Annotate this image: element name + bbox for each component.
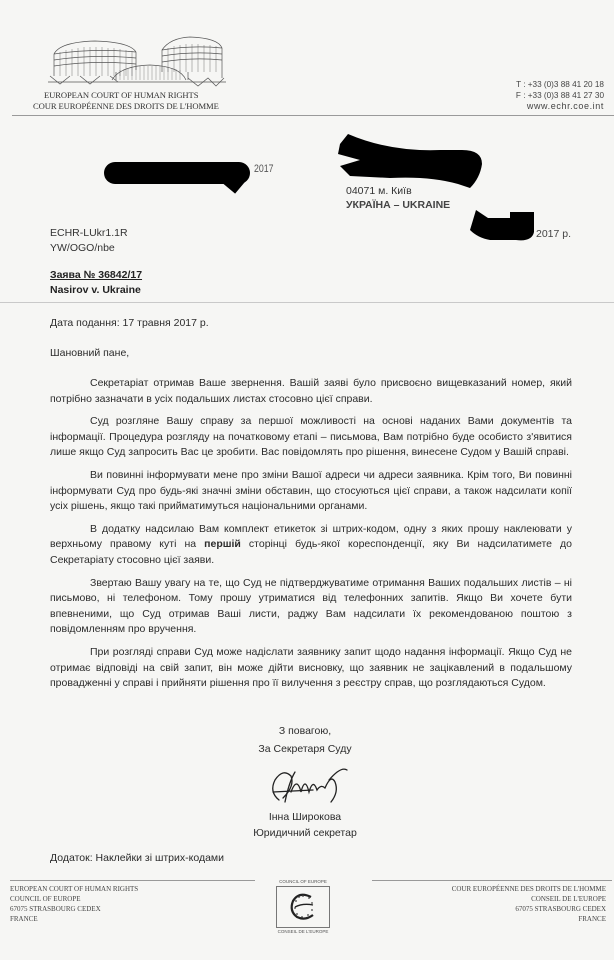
emphasis-text: першій bbox=[204, 538, 241, 550]
letter-body: Секретаріат отримав Ваше звернення. Ваші… bbox=[50, 376, 572, 699]
reference-code: ECHR-LUkr1.1R bbox=[50, 226, 128, 241]
signer-title: Юридичний секретар bbox=[220, 825, 390, 841]
greeting: Шановний пане, bbox=[50, 346, 572, 369]
page-fold-line bbox=[0, 302, 614, 303]
footer-line: FRANCE bbox=[452, 914, 606, 924]
redaction-address bbox=[330, 132, 506, 192]
application-block: Заява № 36842/17 Nasirov v. Ukraine bbox=[50, 268, 142, 298]
addressee-block: 04071 м. Київ УКРАЇНА – UKRAINE bbox=[346, 184, 450, 212]
on-behalf-of: За Секретаря Суду bbox=[220, 740, 390, 758]
phone-number: T : +33 (0)3 88 41 20 18 bbox=[516, 79, 604, 90]
contact-block: T : +33 (0)3 88 41 20 18 F : +33 (0)3 88… bbox=[516, 79, 604, 112]
signer-name: Інна Широкова bbox=[220, 809, 390, 825]
footer-line: COUR EUROPÉENNE DES DROITS DE L'HOMME bbox=[452, 884, 606, 894]
footer-line: FRANCE bbox=[10, 914, 138, 924]
addressee-country: УКРАЇНА – UKRAINE bbox=[346, 198, 450, 212]
date-fragment: 2017 bbox=[254, 163, 274, 175]
addressee-city: 04071 м. Київ bbox=[346, 184, 450, 198]
footer-address-fr: COUR EUROPÉENNE DES DROITS DE L'HOMME CO… bbox=[452, 884, 606, 924]
council-of-europe-emblem: COUNCIL OF EUROPE CONSEIL DE L'EUROPE bbox=[272, 879, 334, 935]
letter-date-fragment: 2017 р. bbox=[536, 228, 571, 240]
paragraph: При розгляді справи Суд може надіслати з… bbox=[50, 645, 572, 692]
footer-line: 67075 STRASBOURG CEDEX bbox=[10, 904, 138, 914]
application-number: Заява № 36842/17 bbox=[50, 268, 142, 283]
date-filed-text: Дата подання: 17 травня 2017 р. bbox=[50, 316, 572, 332]
footer-line: 67075 STRASBOURG CEDEX bbox=[452, 904, 606, 914]
closing-block: З повагою, За Секретаря Суду bbox=[220, 722, 390, 758]
paragraph: Звертаю Вашу увагу на те, що Суд не підт… bbox=[50, 576, 572, 638]
fax-number: F : +33 (0)3 88 41 27 30 bbox=[516, 90, 604, 101]
footer-divider-right bbox=[372, 880, 612, 881]
paragraph: Суд розгляне Вашу справу за першої можли… bbox=[50, 414, 572, 461]
court-name-fr: COUR EUROPÉENNE DES DROITS DE L'HOMME bbox=[33, 101, 219, 111]
redaction-letter-date bbox=[466, 206, 538, 242]
salutation: З повагою, bbox=[220, 722, 390, 740]
footer-address-en: EUROPEAN COURT OF HUMAN RIGHTS COUNCIL O… bbox=[10, 884, 138, 924]
enclosure-note: Додаток: Наклейки зі штрих-кодами bbox=[50, 852, 224, 864]
footer-divider-left bbox=[10, 880, 255, 881]
emblem-caption-bottom: CONSEIL DE L'EUROPE bbox=[272, 929, 334, 935]
date-filed: Дата подання: 17 травня 2017 р. bbox=[50, 316, 572, 339]
header-divider bbox=[12, 115, 614, 116]
greeting-text: Шановний пане, bbox=[50, 346, 572, 362]
court-building-icon bbox=[40, 32, 230, 90]
court-name-en: EUROPEAN COURT OF HUMAN RIGHTS bbox=[44, 90, 198, 100]
signer-block: Інна Широкова Юридичний секретар bbox=[220, 809, 390, 841]
emblem-caption-top: COUNCIL OF EUROPE bbox=[272, 879, 334, 885]
paragraph: Ви повинні інформувати мене про зміни Ва… bbox=[50, 468, 572, 515]
paragraph: В додатку надсилаю Вам комплект етикеток… bbox=[50, 522, 572, 569]
emblem-box bbox=[276, 886, 330, 928]
reference-initials: YW/OGO/nbe bbox=[50, 241, 128, 256]
footer-line: CONSEIL DE L'EUROPE bbox=[452, 894, 606, 904]
website-link[interactable]: www.echr.coe.int bbox=[516, 101, 604, 112]
footer-line: EUROPEAN COURT OF HUMAN RIGHTS bbox=[10, 884, 138, 894]
paragraph: Секретаріат отримав Ваше звернення. Ваші… bbox=[50, 376, 572, 407]
council-of-europe-icon bbox=[277, 887, 329, 927]
footer-line: COUNCIL OF EUROPE bbox=[10, 894, 138, 904]
reference-block: ECHR-LUkr1.1R YW/OGO/nbe bbox=[50, 226, 128, 256]
signature-icon bbox=[265, 762, 355, 806]
case-name: Nasirov v. Ukraine bbox=[50, 283, 142, 298]
